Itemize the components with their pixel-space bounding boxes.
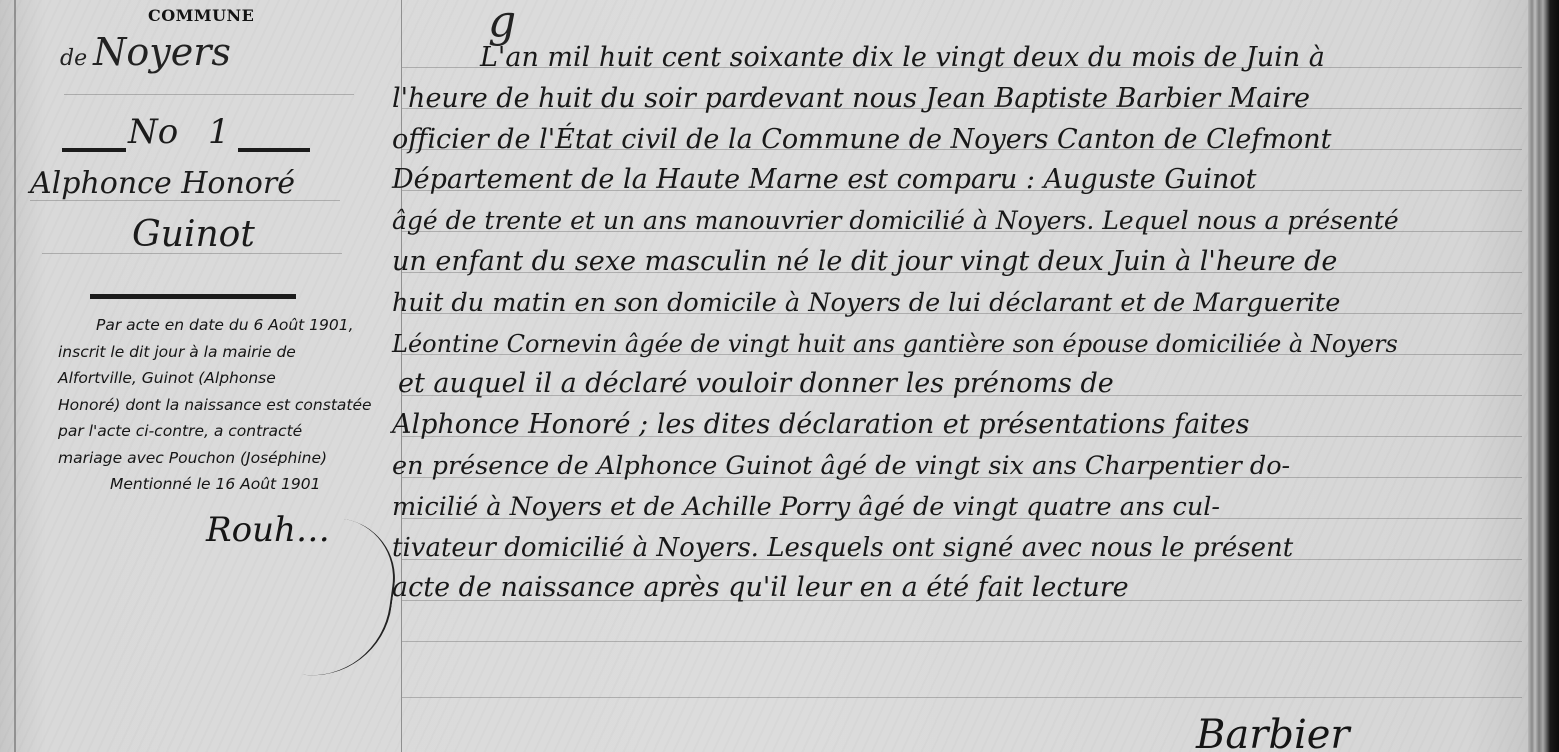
record-line: Léontine Cornevin âgée de vingt huit ans… (392, 324, 1522, 365)
commune-prefix: de (60, 46, 87, 71)
name-underline-bar (90, 294, 296, 299)
child-given-names: Alphonce Honoré (30, 166, 295, 201)
rule-bar-right (238, 148, 310, 152)
record-line: officier de l'État civil de la Commune d… (392, 120, 1522, 161)
record-line: acte de naissance après qu'il leur en a … (392, 568, 1522, 609)
record-line: tivateur domicilié à Noyers. Lesquels on… (392, 528, 1522, 569)
ruled-line (402, 697, 1522, 698)
record-line: l'heure de huit du soir pardevant nous J… (392, 79, 1522, 120)
commune-name-text: Noyers (93, 30, 231, 74)
record-line: et auquel il a déclaré vouloir donner le… (392, 364, 1522, 405)
commune-name: deNoyers (60, 30, 231, 74)
entry-label: No (128, 112, 178, 152)
ruled-line (402, 641, 1522, 642)
birth-record-text: L'an mil huit cent soixante dix le vingt… (392, 38, 1522, 609)
annotation-line: par l'acte ci-contre, a contracté (58, 418, 408, 445)
record-line: âgé de trente et un ans manouvrier domic… (392, 201, 1522, 242)
record-line: huit du matin en son domicile à Noyers d… (392, 283, 1522, 324)
record-line: Alphonce Honoré ; les dites déclaration … (392, 405, 1522, 446)
record-line: un enfant du sexe masculin né le dit jou… (392, 242, 1522, 283)
book-binding-edge (1528, 0, 1559, 752)
record-line: L'an mil huit cent soixante dix le vingt… (392, 38, 1522, 79)
annotation-line: Alfortville, Guinot (Alphonse (58, 365, 408, 392)
record-line: Département de la Haute Marne est compar… (392, 160, 1522, 201)
record-line: en présence de Alphonce Guinot âgé de vi… (392, 446, 1522, 487)
entry-number-row: No 1 (60, 112, 310, 158)
rule-bar-left (62, 148, 126, 152)
entry-number: 1 (208, 112, 230, 152)
marriage-annotation: Par acte en date du 6 Août 1901, inscrit… (58, 312, 408, 498)
mayor-signature-text: Barbier (1196, 712, 1350, 752)
annotation-line: Par acte en date du 6 Août 1901, (58, 312, 408, 339)
annotation-line: inscrit le dit jour à la mairie de (58, 339, 408, 366)
mayor-signature: Barbier (1196, 712, 1350, 752)
register-page: COMMUNE deNoyers No 1 Alphonce Honoré Gu… (0, 0, 1528, 752)
commune-header: COMMUNE (148, 6, 254, 25)
margin-ruled-line (64, 94, 354, 95)
annotation-line: Honoré) dont la naissance est constatée (58, 392, 408, 419)
annotation-line: Mentionné le 16 Août 1901 (58, 471, 408, 498)
left-page-edge (14, 0, 16, 752)
annotation-line: mariage avec Pouchon (Joséphine) (58, 445, 408, 472)
child-surname: Guinot (132, 214, 255, 255)
record-line: micilié à Noyers et de Achille Porry âgé… (392, 487, 1522, 528)
